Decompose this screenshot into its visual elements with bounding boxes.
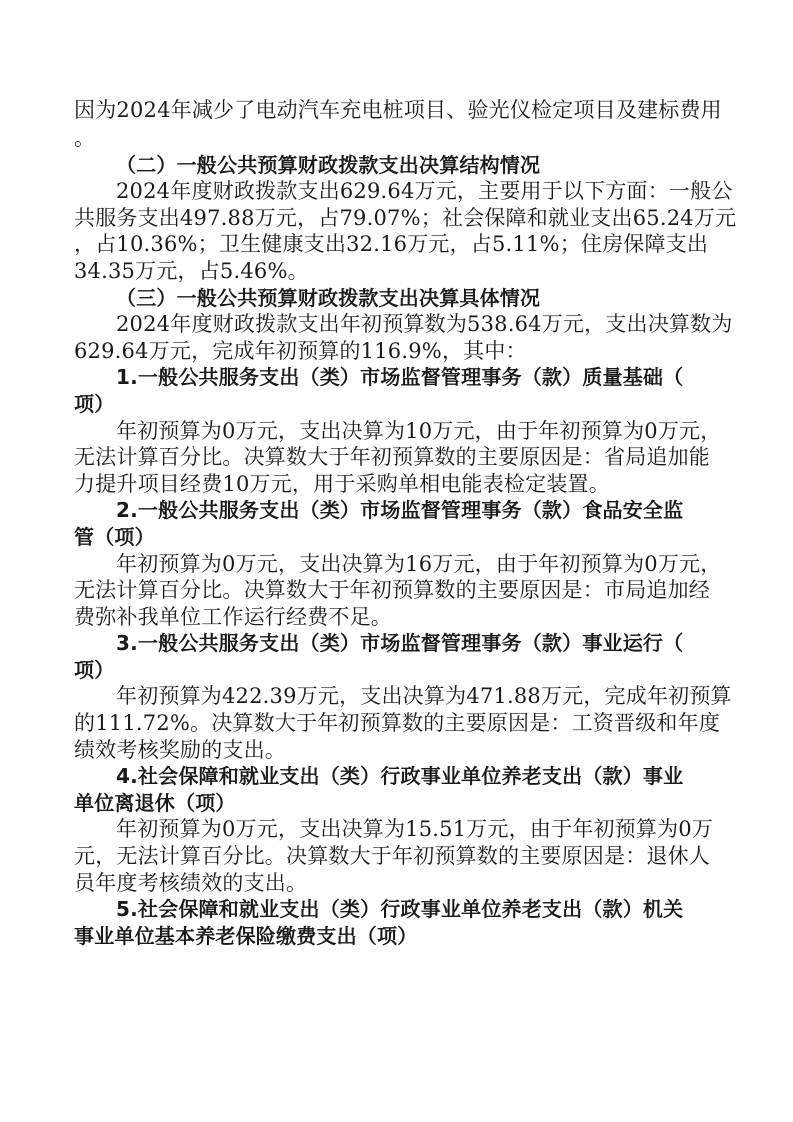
body-text-line: 2024年度财政拨款支出年初预算数为538.64万元，支出决算数为: [74, 311, 724, 338]
body-text-line: 无法计算百分比。决算数大于年初预算数的主要原因是：市局追加经: [74, 577, 724, 604]
body-text-line: 年初预算为0万元，支出决算为16万元，由于年初预算为0万元，: [74, 551, 724, 578]
body-text-line: 无法计算百分比。决算数大于年初预算数的主要原因是：省局追加能: [74, 444, 724, 471]
body-text-line: 力提升项目经费10万元，用于采购单相电能表检定装置。: [74, 471, 724, 498]
body-text-line: 年初预算为0万元，支出决算为15.51万元，由于年初预算为0万: [74, 816, 724, 843]
item-heading: 项）: [74, 391, 724, 418]
body-text-line: 元，无法计算百分比。决算数大于年初预算数的主要原因是：退休人: [74, 843, 724, 870]
section-heading: （三）一般公共预算财政拨款支出决算具体情况: [74, 285, 724, 312]
body-text-line: 共服务支出497.88万元，占79.07%；社会保障和就业支出65.24万元: [74, 205, 724, 232]
item-heading: 3.一般公共服务支出（类）市场监督管理事务（款）事业运行（: [74, 630, 724, 657]
item-heading: 2.一般公共服务支出（类）市场监督管理事务（款）食品安全监: [74, 497, 724, 524]
body-text-line: 年初预算为422.39万元，支出决算为471.88万元，完成年初预算: [74, 683, 724, 710]
document-page: 因为2024年减少了电动汽车充电桩项目、验光仪检定项目及建标费用 。 （二）一般…: [74, 97, 724, 949]
body-text-line: 。: [74, 124, 724, 152]
body-text-line: ，占10.36%；卫生健康支出32.16万元，占5.11%；住房保障支出: [74, 231, 724, 258]
item-heading: 单位离退休（项）: [74, 790, 724, 817]
body-text-line: 的111.72%。决算数大于年初预算数的主要原因是：工资晋级和年度: [74, 710, 724, 737]
item-heading: 4.社会保障和就业支出（类）行政事业单位养老支出（款）事业: [74, 763, 724, 790]
body-text-line: 629.64万元，完成年初预算的116.9%，其中：: [74, 338, 724, 365]
item-heading: 1.一般公共服务支出（类）市场监督管理事务（款）质量基础（: [74, 364, 724, 391]
body-text-line: 年初预算为0万元，支出决算为10万元，由于年初预算为0万元，: [74, 418, 724, 445]
item-heading: 事业单位基本养老保险缴费支出（项）: [74, 923, 724, 950]
body-text-line: 员年度考核绩效的支出。: [74, 870, 724, 897]
item-heading: 项）: [74, 657, 724, 684]
section-heading: （二）一般公共预算财政拨款支出决算结构情况: [74, 152, 724, 179]
body-text-line: 费弥补我单位工作运行经费不足。: [74, 604, 724, 631]
body-text-line: 绩效考核奖励的支出。: [74, 737, 724, 764]
item-heading: 5.社会保障和就业支出（类）行政事业单位养老支出（款）机关: [74, 896, 724, 923]
body-text-line: 2024年度财政拨款支出629.64万元，主要用于以下方面：一般公: [74, 178, 724, 205]
body-text-line: 34.35万元，占5.46%。: [74, 258, 724, 285]
body-text-line: 因为2024年减少了电动汽车充电桩项目、验光仪检定项目及建标费用: [74, 97, 724, 124]
item-heading: 管（项）: [74, 524, 724, 551]
